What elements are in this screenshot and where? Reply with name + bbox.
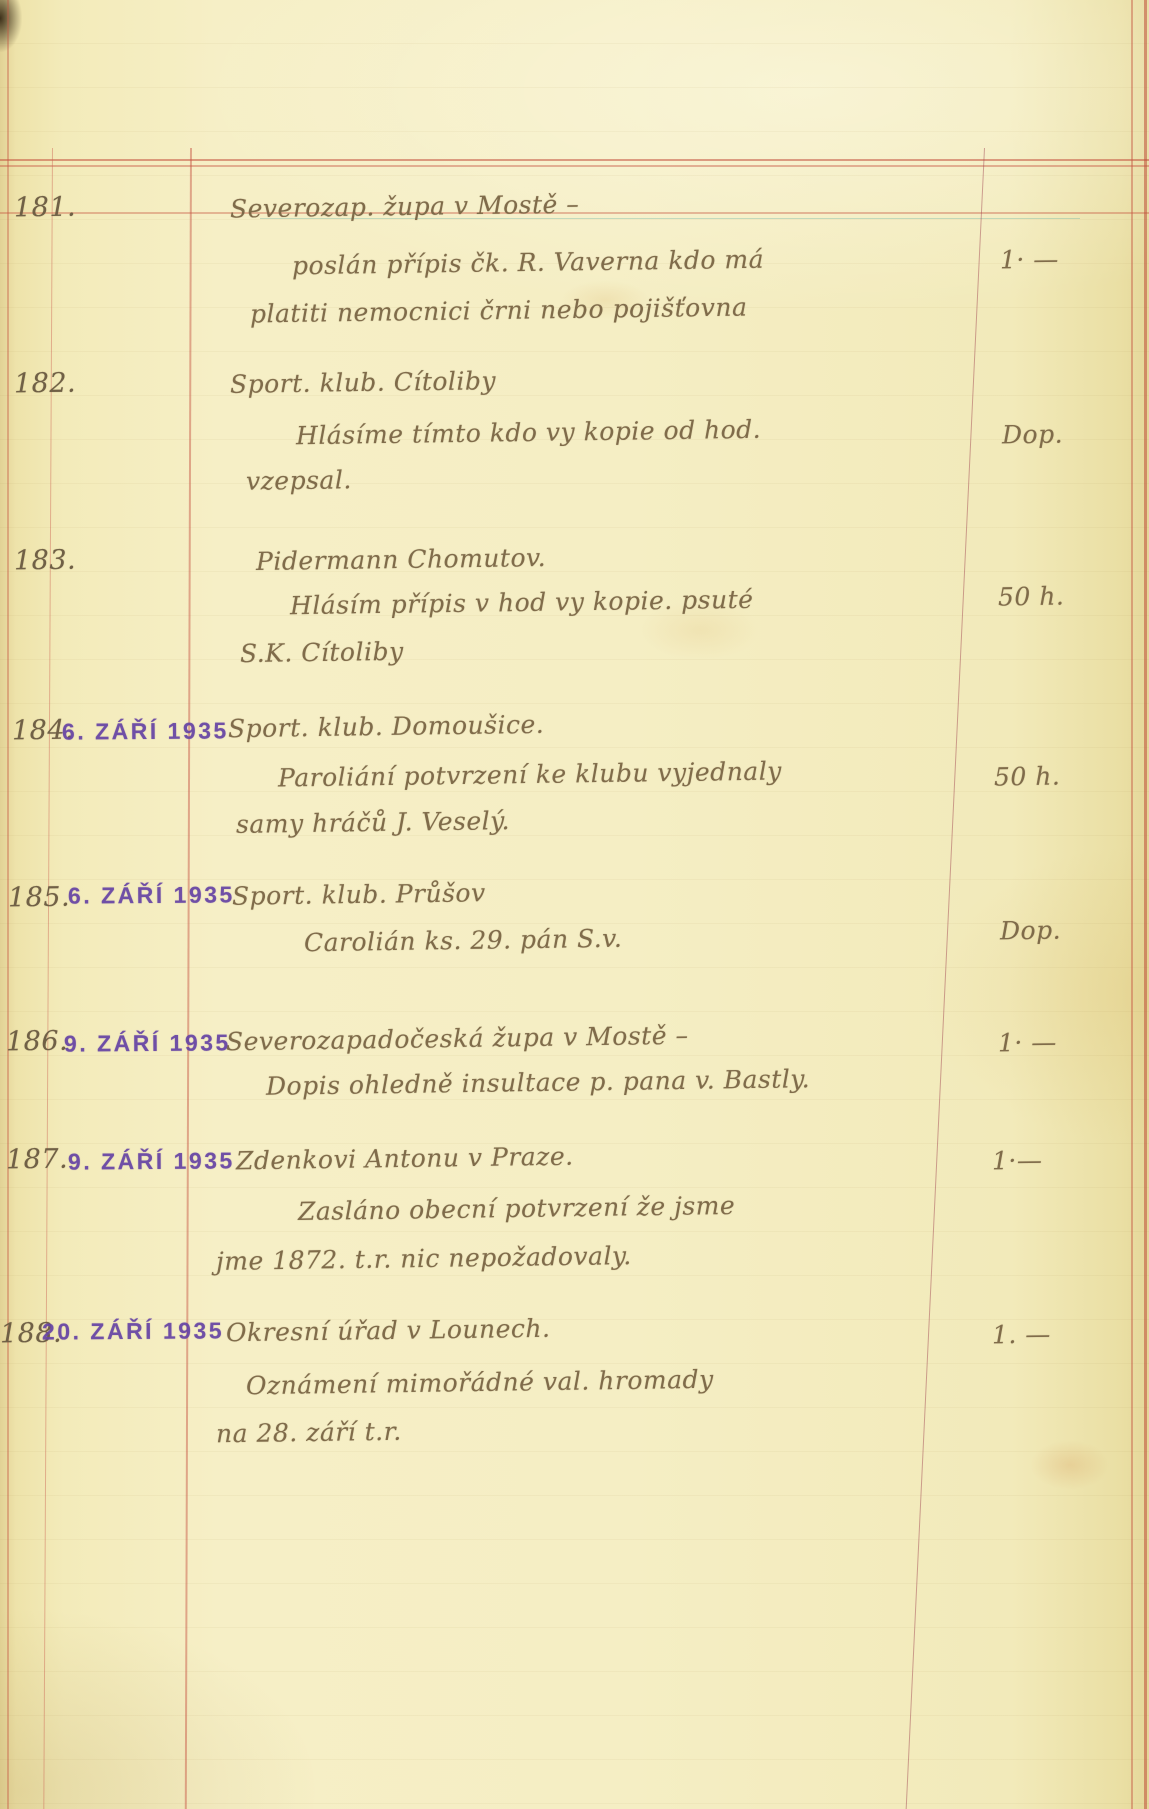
entry-line-2: Oznámení mimořádné val. hromady <box>246 1365 714 1401</box>
entry-number: 185. <box>8 882 71 914</box>
header-rule-top <box>0 159 1149 161</box>
page-edge-rule <box>1144 0 1147 1809</box>
entry-number: 183. <box>14 545 77 577</box>
header-rule-top-double <box>0 165 1149 167</box>
amount-column-rule <box>906 148 985 1809</box>
entry-line-1: Zdenkovi Antonu v Praze. <box>236 1142 574 1176</box>
entry-line-3: S.K. Cítoliby <box>240 637 404 668</box>
entry-line-2: Zasláno obecní potvrzení že jsme <box>298 1191 736 1226</box>
entry-line-2: Dopis ohledně insultace p. pana v. Bastl… <box>266 1064 810 1101</box>
entry-line-2: Hlásím přípis v hod vy kopie. psuté <box>290 585 754 620</box>
entry-line-1: Severozap. župa v Mostě – <box>230 190 580 224</box>
entry-line-1: Sport. klub. Domoušice. <box>228 710 545 743</box>
entry-number: 181. <box>14 192 77 224</box>
date-stamp: 6. ZÁŘÍ 1935 <box>68 881 235 909</box>
fee-amount: 1. — <box>992 1320 1051 1350</box>
entry-line-1: Pidermann Chomutov. <box>256 543 547 576</box>
fee-amount: 50 h. <box>994 762 1061 792</box>
entry-line-2: Hlásíme tímto kdo vy kopie od hod. <box>296 415 762 450</box>
entry-line-2: Carolián ks. 29. pán S.v. <box>304 924 623 957</box>
entry-line-3: jme 1872. t.r. nic nepožadovaly. <box>216 1241 632 1276</box>
fee-amount: Dop. <box>1000 916 1061 946</box>
entry-line-1: Severozapadočeská župa v Mostě – <box>226 1021 689 1056</box>
entry-line-3: platiti nemocnici črni nebo pojišťovna <box>250 293 748 329</box>
right-margin-rule <box>1131 0 1133 1809</box>
entry-line-1: Sport. klub. Průšov <box>232 878 486 911</box>
entry-number: 182. <box>14 368 77 400</box>
entry-line-2: Paroliání potvrzení ke klubu vyjednaly <box>278 756 782 792</box>
date-stamp: 9. ZÁŘÍ 1935 <box>64 1029 231 1057</box>
date-stamp: 20. ZÁŘÍ 1935 <box>42 1317 224 1345</box>
fee-amount: 1·— <box>992 1146 1043 1176</box>
paper-stain <box>1030 1440 1110 1490</box>
scan-corner-shadow <box>0 0 22 52</box>
entry-line-2: poslán přípis čk. R. Vaverna kdo má <box>292 245 764 281</box>
date-stamp: 6. ZÁŘÍ 1935 <box>62 717 229 745</box>
entry-line-3: samy hráčů J. Veselý. <box>236 806 510 839</box>
entry-line-3: vzepsal. <box>246 465 352 495</box>
entry-number: 186. <box>6 1026 69 1058</box>
date-column-rule <box>185 148 192 1809</box>
entry-line-1: Sport. klub. Cítoliby <box>230 366 496 399</box>
entry-number: 187. <box>6 1144 69 1176</box>
entry-line-1: Okresní úřad v Lounech. <box>226 1314 551 1348</box>
fee-amount: Dop. <box>1002 420 1063 450</box>
fee-amount: 1· — <box>998 1028 1057 1058</box>
ledger-page: 181. Severozap. župa v Mostě – poslán př… <box>0 0 1149 1809</box>
fee-amount: 1· — <box>1000 245 1059 275</box>
fee-amount: 50 h. <box>998 582 1065 612</box>
date-stamp: 9. ZÁŘÍ 1935 <box>68 1147 235 1175</box>
entry-line-3: na 28. září t.r. <box>216 1417 402 1449</box>
